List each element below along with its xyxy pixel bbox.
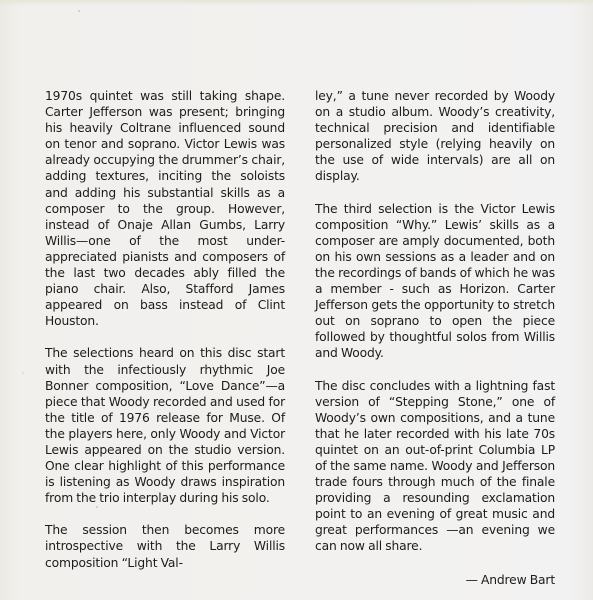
paper-speck bbox=[22, 372, 24, 374]
paragraph: 1970s quintet was still taking shape. Ca… bbox=[45, 88, 285, 329]
paragraph: The selections heard on this disc start … bbox=[45, 345, 285, 506]
paragraph: The third selection is the Victor Lewis … bbox=[315, 201, 555, 362]
left-column: 1970s quintet was still taking shape. Ca… bbox=[45, 88, 285, 587]
liner-notes-page: 1970s quintet was still taking shape. Ca… bbox=[0, 0, 593, 600]
right-column: ley,” a tune never recorded by Woody on … bbox=[315, 88, 555, 588]
paragraph: ley,” a tune never recorded by Woody on … bbox=[315, 88, 555, 185]
paper-speck bbox=[78, 10, 80, 12]
paragraph: The disc concludes with a lightning fast… bbox=[315, 378, 555, 555]
page-top-edge bbox=[0, 0, 593, 6]
author-signature: — Andrew Bart bbox=[315, 571, 555, 588]
paragraph: The session then becomes more introspect… bbox=[45, 522, 285, 570]
